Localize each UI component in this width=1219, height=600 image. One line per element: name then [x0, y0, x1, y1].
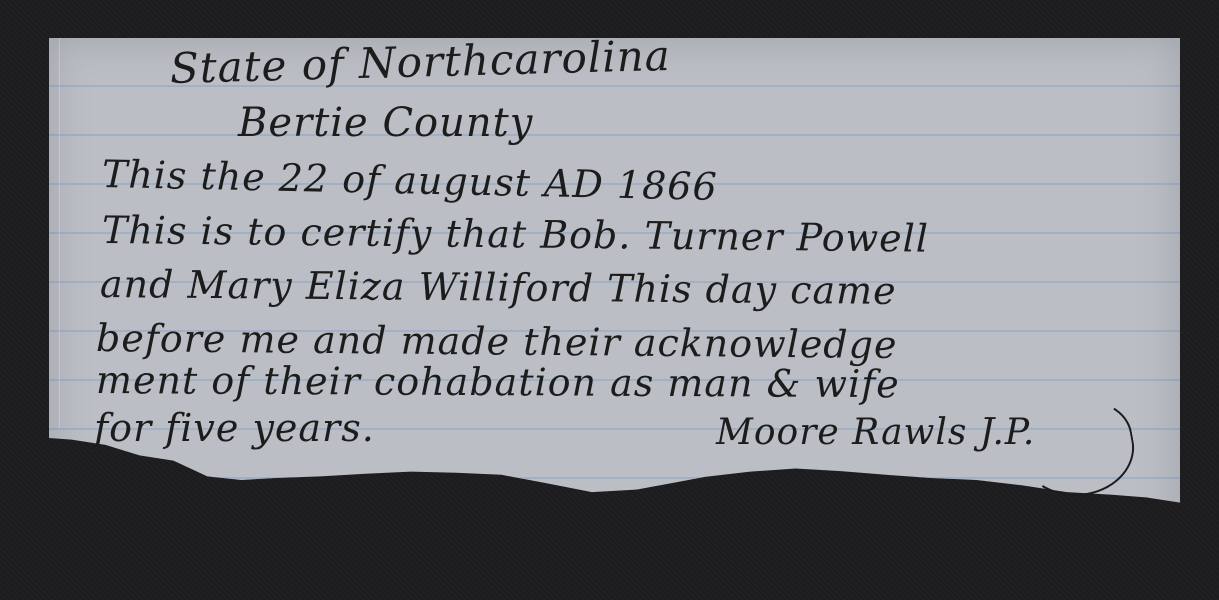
body-line-5: for five years.	[94, 406, 375, 450]
body-line-4: ment of their cohabation as man & wife	[96, 358, 900, 406]
heading-county: Bertie County	[238, 100, 533, 146]
body-line-1: This is to certify that Bob. Turner Powe…	[102, 208, 929, 261]
body-line-2: and Mary Eliza Williford This day came	[100, 262, 897, 313]
paper-fold-crease	[59, 38, 60, 428]
signature: Moore Rawls J.P.	[716, 412, 1035, 453]
